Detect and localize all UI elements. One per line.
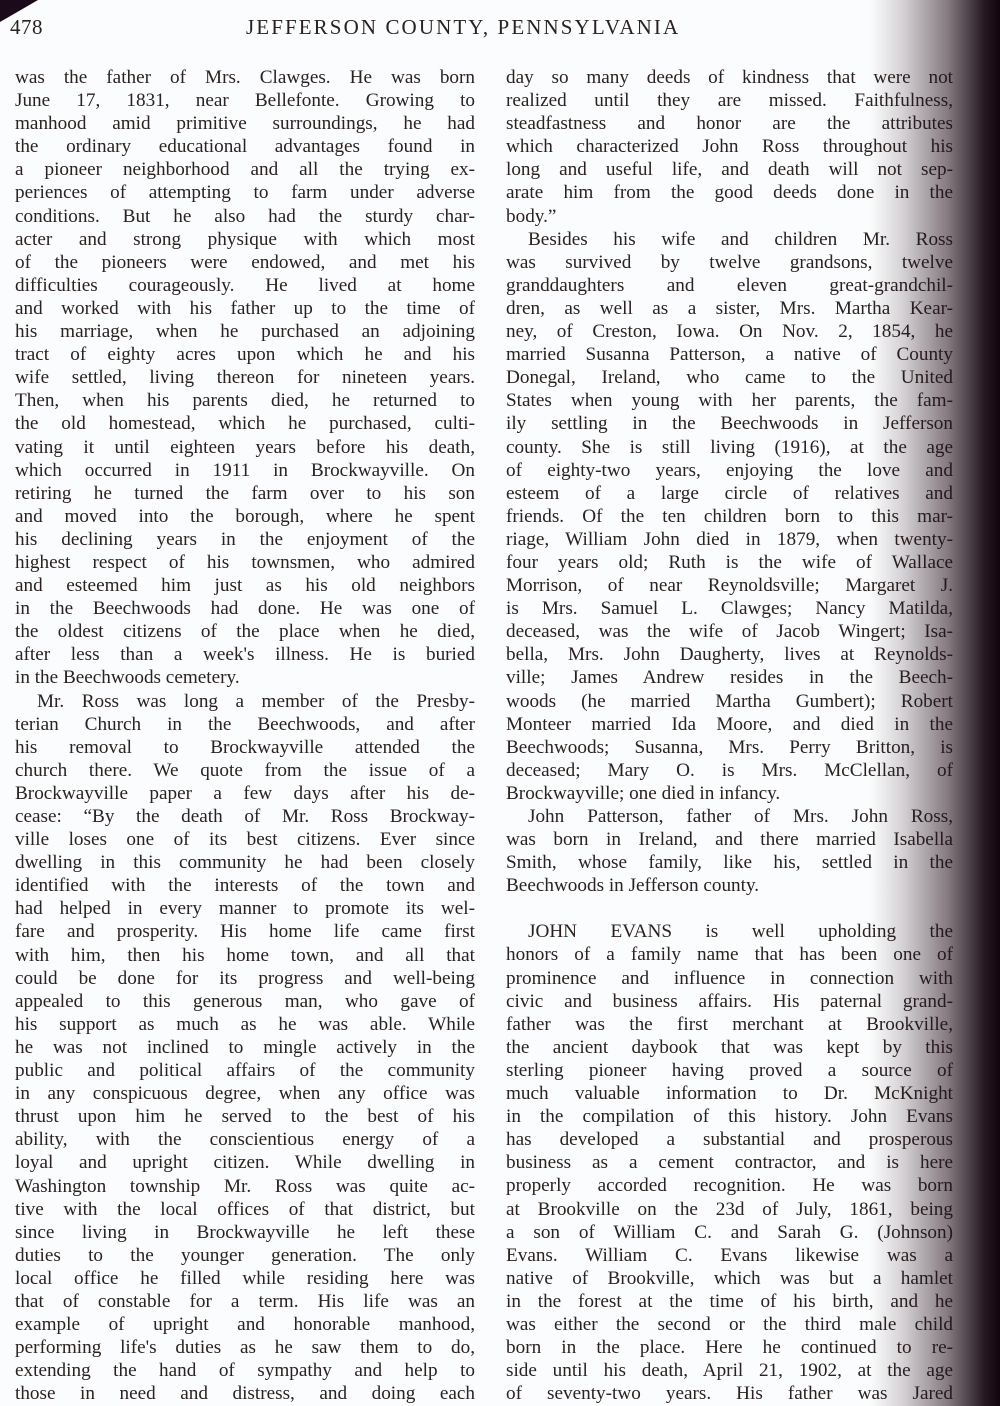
text-line: church there. We quote from the issue of… xyxy=(15,759,475,782)
text-line: day so many deeds of kindness that were … xyxy=(506,66,953,89)
right-column: day so many deeds of kindness that were … xyxy=(506,66,953,1405)
text-line: Beechwoods; Susanna, Mrs. Perry Britton,… xyxy=(506,736,953,759)
text-line: county. She is still living (1916), at t… xyxy=(506,436,953,459)
text-line: body.” xyxy=(506,205,953,228)
text-line: sterling pioneer having proved a source … xyxy=(506,1059,953,1082)
text-line: Then, when his parents died, he returned… xyxy=(15,389,475,412)
text-line: was the father of Mrs. Clawges. He was b… xyxy=(15,66,475,89)
text-line: periences of attempting to farm under ad… xyxy=(15,181,475,204)
text-line: conditions. But he also had the sturdy c… xyxy=(15,205,475,228)
text-line: loyal and upright citizen. While dwellin… xyxy=(15,1151,475,1174)
text-line: riage, William John died in 1879, when t… xyxy=(506,528,953,551)
text-line: and worked with his father up to the tim… xyxy=(15,297,475,320)
text-line: Besides his wife and children Mr. Ross xyxy=(506,228,953,251)
text-line: and esteemed him just as his old neighbo… xyxy=(15,574,475,597)
text-line: Smith, whose family, like his, settled i… xyxy=(506,851,953,874)
text-line: and moved into the borough, where he spe… xyxy=(15,505,475,528)
text-line: father was the first merchant at Brookvi… xyxy=(506,1013,953,1036)
text-line: those in need and distress, and doing ea… xyxy=(15,1382,475,1405)
text-line: identified with the interests of the tow… xyxy=(15,874,475,897)
page-number: 478 xyxy=(10,15,43,40)
text-line: was survived by twelve grandsons, twelve xyxy=(506,251,953,274)
text-line: acter and strong physique with which mos… xyxy=(15,228,475,251)
text-line: long and useful life, and death will not… xyxy=(506,158,953,181)
text-line: woods (he married Martha Gumbert); Rober… xyxy=(506,690,953,713)
text-line: in the Beechwoods cemetery. xyxy=(15,666,475,689)
text-line: born in the place. Here he continued to … xyxy=(506,1336,953,1359)
text-line: cease: “By the death of Mr. Ross Brockwa… xyxy=(15,805,475,828)
left-column-text: was the father of Mrs. Clawges. He was b… xyxy=(15,66,475,1405)
text-line: at Brookville on the 23d of July, 1861, … xyxy=(506,1198,953,1221)
text-line: with him, then his home town, and all th… xyxy=(15,944,475,967)
text-line: difficulties courageously. He lived at h… xyxy=(15,274,475,297)
text-line: deceased; Mary O. is Mrs. McClellan, of xyxy=(506,759,953,782)
text-line: Morrison, of near Reynoldsville; Margare… xyxy=(506,574,953,597)
text-line: dwelling in this community he had been c… xyxy=(15,851,475,874)
text-line: ville loses one of its best citizens. Ev… xyxy=(15,828,475,851)
text-line: John Patterson, father of Mrs. John Ross… xyxy=(506,805,953,828)
text-line: local office he filled while residing he… xyxy=(15,1267,475,1290)
text-line: highest respect of his townsmen, who adm… xyxy=(15,551,475,574)
text-line: tract of eighty acres upon which he and … xyxy=(15,343,475,366)
text-line: fare and prosperity. His home life came … xyxy=(15,920,475,943)
text-line: that of constable for a term. His life w… xyxy=(15,1290,475,1313)
text-line: dren, as well as a sister, Mrs. Martha K… xyxy=(506,297,953,320)
ross-continuation-text: day so many deeds of kindness that were … xyxy=(506,66,953,897)
text-line: his declining years in the enjoyment of … xyxy=(15,528,475,551)
text-line: Evans. William C. Evans likewise was a xyxy=(506,1244,953,1267)
text-line: bella, Mrs. John Daugherty, lives at Rey… xyxy=(506,643,953,666)
section-gap xyxy=(506,897,953,920)
text-line: a pioneer neighborhood and all the tryin… xyxy=(15,158,475,181)
text-line: ily settling in the Beechwoods in Jeffer… xyxy=(506,412,953,435)
text-line: is Mrs. Samuel L. Clawges; Nancy Matilda… xyxy=(506,597,953,620)
text-line: Brockwayville paper a few days after his… xyxy=(15,782,475,805)
text-line: esteem of a large circle of relatives an… xyxy=(506,482,953,505)
text-line: his support as much as he was able. Whil… xyxy=(15,1013,475,1036)
running-head: JEFFERSON COUNTY, PENNSYLVANIA xyxy=(246,15,680,40)
text-line: native of Brookville, which was but a ha… xyxy=(506,1267,953,1290)
text-line: much valuable information to Dr. McKnigh… xyxy=(506,1082,953,1105)
text-line: a son of William C. and Sarah G. (Johnso… xyxy=(506,1221,953,1244)
text-line: of seventy-two years. His father was Jar… xyxy=(506,1382,953,1405)
text-line: deceased, was the wife of Jacob Wingert;… xyxy=(506,620,953,643)
text-line: steadfastness and honor are the attribut… xyxy=(506,112,953,135)
text-line: honors of a family name that has been on… xyxy=(506,943,953,966)
text-line: States when young with her parents, the … xyxy=(506,389,953,412)
text-line: since living in Brockwayville he left th… xyxy=(15,1221,475,1244)
text-line: the ordinary educational advantages foun… xyxy=(15,135,475,158)
text-line: properly accorded recognition. He was bo… xyxy=(506,1174,953,1197)
text-line: in the forest at the time of his birth, … xyxy=(506,1290,953,1313)
left-column: was the father of Mrs. Clawges. He was b… xyxy=(15,66,475,1405)
text-line: four years old; Ruth is the wife of Wall… xyxy=(506,551,953,574)
text-line: could be done for its progress and well-… xyxy=(15,967,475,990)
text-line: the oldest citizens of the place when he… xyxy=(15,620,475,643)
page-header: 478 JEFFERSON COUNTY, PENNSYLVANIA xyxy=(10,15,940,47)
text-line: side until his death, April 21, 1902, at… xyxy=(506,1359,953,1382)
text-line: Brockwayville; one died in infancy. xyxy=(506,782,953,805)
text-line: JOHN EVANS is well upholding the xyxy=(506,920,953,943)
text-line: arate him from the good deeds done in th… xyxy=(506,181,953,204)
text-line: performing life's duties as he saw them … xyxy=(15,1336,475,1359)
text-line: ability, with the conscientious energy o… xyxy=(15,1128,475,1151)
text-line: which occurred in 1911 in Brockwayville.… xyxy=(15,459,475,482)
text-line: of the pioneers were endowed, and met hi… xyxy=(15,251,475,274)
text-line: appealed to this generous man, who gave … xyxy=(15,990,475,1013)
text-line: Beechwoods in Jefferson county. xyxy=(506,874,953,897)
text-line: Donegal, Ireland, who came to the United xyxy=(506,366,953,389)
text-line: tive with the local offices of that dist… xyxy=(15,1198,475,1221)
john-evans-biography: JOHN EVANS is well upholding thehonors o… xyxy=(506,920,953,1405)
text-line: friends. Of the ten children born to thi… xyxy=(506,505,953,528)
text-line: manhood amid primitive surroundings, he … xyxy=(15,112,475,135)
text-line: vating it until eighteen years before hi… xyxy=(15,436,475,459)
text-line: of eighty-two years, enjoying the love a… xyxy=(506,459,953,482)
text-line: after less than a week's illness. He is … xyxy=(15,643,475,666)
text-line: Mr. Ross was long a member of the Presby… xyxy=(15,690,475,713)
text-line: Monteer married Ida Moore, and died in t… xyxy=(506,713,953,736)
text-line: the old homestead, which he purchased, c… xyxy=(15,412,475,435)
text-line: business as a cement contractor, and is … xyxy=(506,1151,953,1174)
text-line: example of upright and honorable manhood… xyxy=(15,1313,475,1336)
text-line: his removal to Brockwayville attended th… xyxy=(15,736,475,759)
text-line: ney, of Creston, Iowa. On Nov. 2, 1854, … xyxy=(506,320,953,343)
text-line: retiring he turned the farm over to his … xyxy=(15,482,475,505)
text-line: wife settled, living thereon for ninetee… xyxy=(15,366,475,389)
text-line: terian Church in the Beechwoods, and aft… xyxy=(15,713,475,736)
text-line: public and political affairs of the comm… xyxy=(15,1059,475,1082)
text-line: in the compilation of this history. John… xyxy=(506,1105,953,1128)
text-line: duties to the younger generation. The on… xyxy=(15,1244,475,1267)
text-line: in the Beechwoods had done. He was one o… xyxy=(15,597,475,620)
text-line: he was not inclined to mingle actively i… xyxy=(15,1036,475,1059)
text-line: the ancient daybook that was kept by thi… xyxy=(506,1036,953,1059)
text-line: thrust upon him he served to the best of… xyxy=(15,1105,475,1128)
text-line: in any conspicuous degree, when any offi… xyxy=(15,1082,475,1105)
text-line: civic and business affairs. His paternal… xyxy=(506,990,953,1013)
text-line: his marriage, when he purchased an adjoi… xyxy=(15,320,475,343)
text-line: was born in Ireland, and there married I… xyxy=(506,828,953,851)
text-line: ville; James Andrew resides in the Beech… xyxy=(506,666,953,689)
text-line: Washington township Mr. Ross was quite a… xyxy=(15,1175,475,1198)
text-line: has developed a substantial and prospero… xyxy=(506,1128,953,1151)
text-line: was either the second or the third male … xyxy=(506,1313,953,1336)
text-line: realized until they are missed. Faithful… xyxy=(506,89,953,112)
text-line: married Susanna Patterson, a native of C… xyxy=(506,343,953,366)
text-line: June 17, 1831, near Bellefonte. Growing … xyxy=(15,89,475,112)
text-line: granddaughters and eleven great-grandchi… xyxy=(506,274,953,297)
text-line: extending the hand of sympathy and help … xyxy=(15,1359,475,1382)
text-line: which characterized John Ross throughout… xyxy=(506,135,953,158)
text-line: prominence and influence in connection w… xyxy=(506,967,953,990)
text-line: had helped in every manner to promote it… xyxy=(15,897,475,920)
